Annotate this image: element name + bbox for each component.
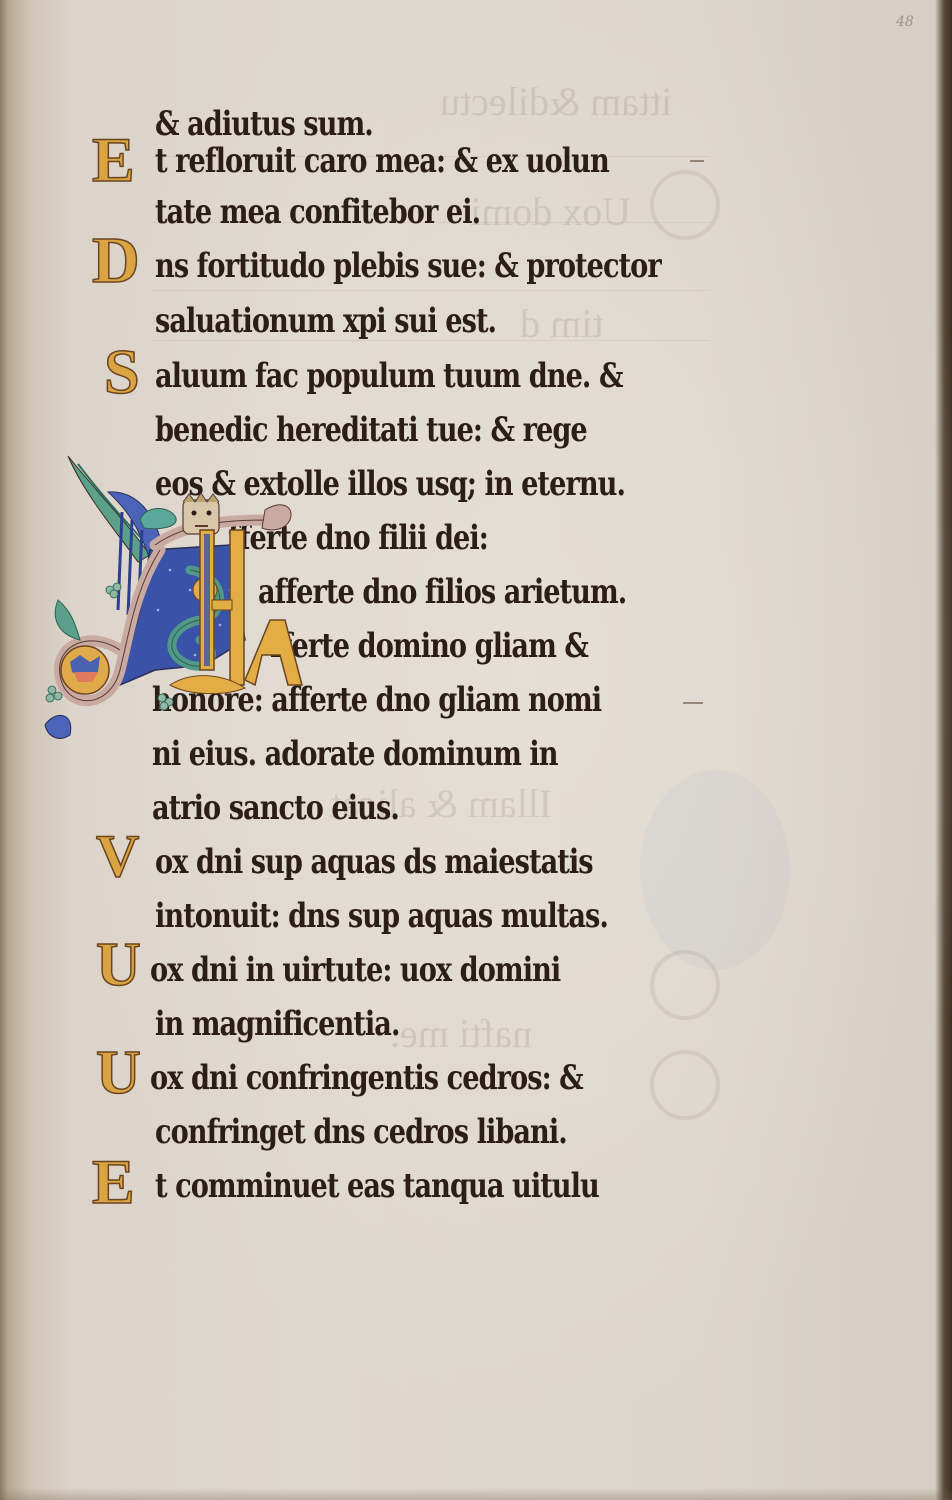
text-line-4: ns fortitudo plebis sue: & protector [155,242,661,290]
show-through-text: Uox domi [470,188,631,235]
line-filler-dash [683,702,703,704]
show-through-initial [650,950,720,1020]
historiated-initial-A [40,450,310,745]
line-filler-dash [690,160,704,162]
initial-S: S [104,340,140,404]
text-line-5: saluationum xpi sui est. [155,297,496,345]
text-line-15: ox dni sup aquas ds maiestatis [155,838,593,886]
initial-V: V [96,826,139,886]
manuscript-folio: ittam &dilectu Uox domi tim d Illam & al… [0,0,952,1500]
text-line-17: ox dni in uirtute: uox domini [150,946,560,994]
show-through-initial [650,1050,720,1120]
text-line-21: t comminuet eas tanqua uitulu [155,1162,599,1210]
text-line-19: ox dni confringentis cedros: & [150,1054,583,1102]
grotesque-head-icon [183,493,219,534]
text-line-3: tate mea confitebor ei. [155,188,480,236]
text-line-11: fferte domino gliam & [270,622,588,670]
text-line-6: aluum fac populum tuum dne. & [155,352,623,400]
show-through-stain [640,770,790,970]
text-line-10: afferte dno filios arietum. [258,568,626,616]
initial-D: D [92,228,140,294]
initial-E: E [92,128,135,192]
folio-number: 48 [896,14,914,30]
text-line-20: confringet dns cedros libani. [155,1108,567,1156]
initial-U: U [96,934,141,996]
text-line-2: t refloruit caro mea: & ex uolun [155,137,609,185]
show-through-text: ittam &dilectu [440,78,672,125]
text-line-7: benedic hereditati tue: & rege [155,406,587,454]
text-line-16: intonuit: dns sup aquas multas. [155,892,608,940]
show-through-text: nafti me. [390,1010,532,1057]
text-line-18: in magnificentia. [155,1000,399,1048]
initial-U: U [96,1042,141,1104]
initial-E: E [92,1150,135,1214]
show-through-initial [650,170,720,240]
ruling-line [150,290,710,291]
text-line-14: atrio sancto eius. [152,784,399,832]
